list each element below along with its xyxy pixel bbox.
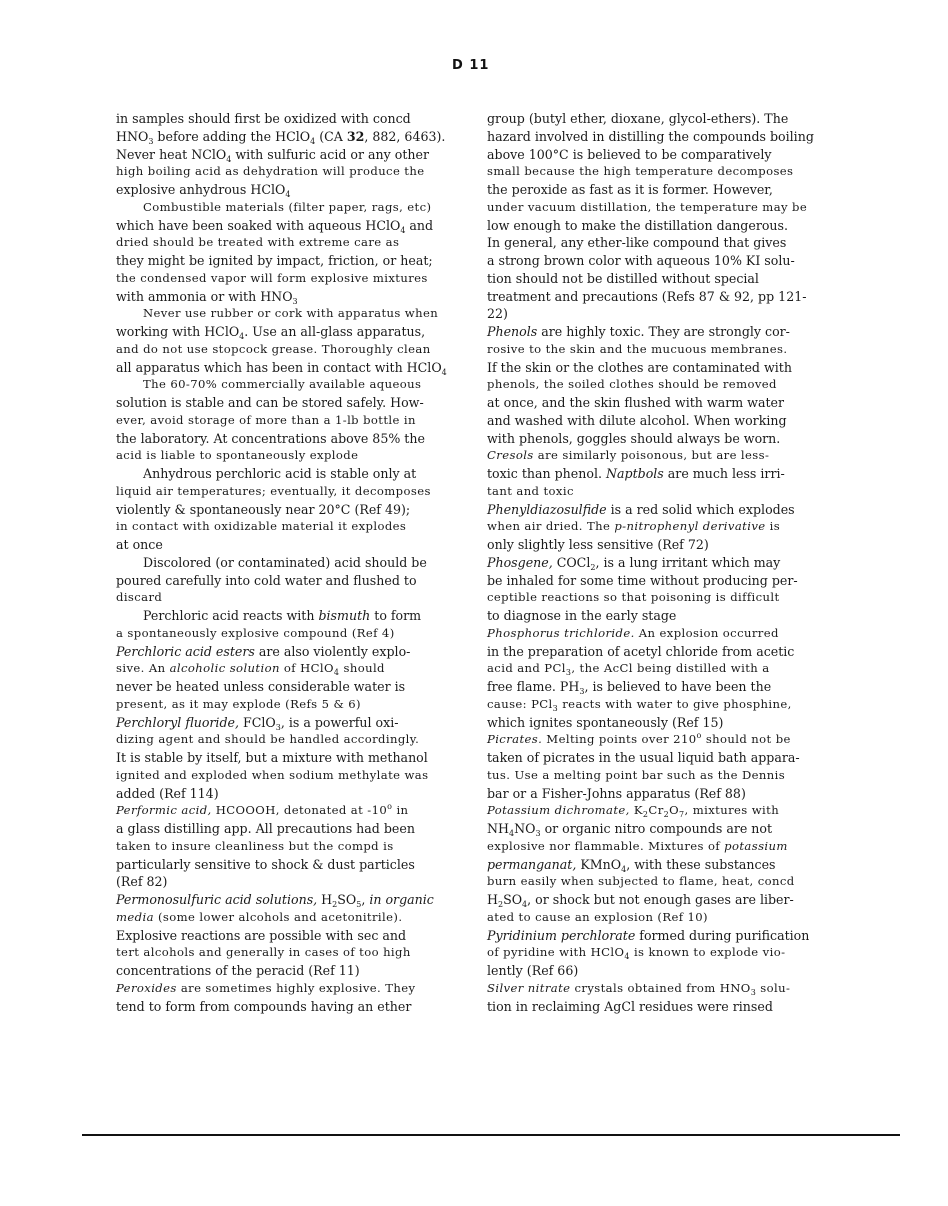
text-line: Cresols are similarly poisonous, but are…: [487, 447, 832, 465]
text-line: the condensed vapor will form explosive …: [116, 270, 466, 288]
text-line: acid is liable to spontaneously explode: [116, 447, 466, 465]
text-line: Phenyldiazosulfide is a red solid which …: [487, 501, 832, 519]
text-line: rosive to the skin and the mucuous membr…: [487, 341, 832, 359]
text-line: If the skin or the clothes are contamina…: [487, 359, 832, 377]
text-line: sive. An alcoholic solution of HClO4 sho…: [116, 660, 466, 678]
text-line: Phosgene, COCl2, is a lung irritant whic…: [487, 554, 832, 572]
text-line: group (butyl ether, dioxane, glycol-ethe…: [487, 110, 832, 128]
text-line: small because the high temperature decom…: [487, 163, 832, 181]
text-line: when air dried. The p-nitrophenyl deriva…: [487, 518, 832, 536]
text-line: the peroxide as fast as it is former. Ho…: [487, 181, 832, 199]
text-line: tant and toxic: [487, 483, 832, 501]
text-line: to diagnose in the early stage: [487, 607, 832, 625]
text-line: only slightly less sensitive (Ref 72): [487, 536, 832, 554]
text-line: explosive anhydrous HClO4: [116, 181, 466, 199]
text-line: burn easily when subjected to flame, hea…: [487, 873, 832, 891]
text-line: a glass distilling app. All precautions …: [116, 820, 466, 838]
text-line: Never use rubber or cork with apparatus …: [116, 305, 466, 323]
text-line: which ignites spontaneously (Ref 15): [487, 714, 832, 732]
text-line: tert alcohols and generally in cases of …: [116, 944, 466, 962]
text-line: hazard involved in distilling the compou…: [487, 128, 832, 146]
text-line: in the preparation of acetyl chloride fr…: [487, 643, 832, 661]
text-line: (Ref 82): [116, 873, 466, 891]
text-line: working with HClO4. Use an all-glass app…: [116, 323, 466, 341]
left-column: in samples should first be oxidized with…: [116, 110, 466, 1015]
text-line: treatment and precautions (Refs 87 & 92,…: [487, 288, 832, 306]
text-line: discard: [116, 589, 466, 607]
text-line: tend to form from compounds having an et…: [116, 998, 466, 1016]
text-line: in samples should first be oxidized with…: [116, 110, 466, 128]
text-line: Pyridinium perchlorate formed during pur…: [487, 927, 832, 945]
text-line: bar or a Fisher-Johns apparatus (Ref 88): [487, 785, 832, 803]
text-line: particularly sensitive to shock & dust p…: [116, 856, 466, 874]
text-line: low enough to make the distillation dang…: [487, 217, 832, 235]
text-line: be inhaled for some time without produci…: [487, 572, 832, 590]
text-line: concentrations of the peracid (Ref 11): [116, 962, 466, 980]
text-line: Permonosulfuric acid solutions, H2SO5, i…: [116, 891, 466, 909]
text-line: with ammonia or with HNO3: [116, 288, 466, 306]
text-line: phenols, the soiled clothes should be re…: [487, 376, 832, 394]
text-line: the laboratory. At concentrations above …: [116, 430, 466, 448]
text-line: solution is stable and can be stored saf…: [116, 394, 466, 412]
text-line: NH4NO3 or organic nitro compounds are no…: [487, 820, 832, 838]
text-line: present, as it may explode (Refs 5 & 6): [116, 696, 466, 714]
text-line: under vacuum distillation, the temperatu…: [487, 199, 832, 217]
text-line: Never heat NClO4 with sulfuric acid or a…: [116, 146, 466, 164]
text-line: at once, and the skin flushed with warm …: [487, 394, 832, 412]
text-line: Peroxides are sometimes highly explosive…: [116, 980, 466, 998]
text-line: H2SO4, or shock but not enough gases are…: [487, 891, 832, 909]
text-line: violently & spontaneously near 20°C (Ref…: [116, 501, 466, 519]
text-line: and do not use stopcock grease. Thorough…: [116, 341, 466, 359]
text-line: Phenols are highly toxic. They are stron…: [487, 323, 832, 341]
text-line: permanganat, KMnO4, with these substance…: [487, 856, 832, 874]
text-line: ever, avoid storage of more than a 1-lb …: [116, 412, 466, 430]
text-line: free flame. PH3, is believed to have bee…: [487, 678, 832, 696]
text-line: It is stable by itself, but a mixture wi…: [116, 749, 466, 767]
text-line: HNO3 before adding the HClO4 (CA 32, 882…: [116, 128, 466, 146]
text-line: dried should be treated with extreme car…: [116, 234, 466, 252]
text-line: Perchloric acid esters are also violentl…: [116, 643, 466, 661]
text-line: The 60-70% commercially available aqueou…: [116, 376, 466, 394]
text-line: they might be ignited by impact, frictio…: [116, 252, 466, 270]
text-line: dizing agent and should be handled accor…: [116, 731, 466, 749]
text-line: and washed with dilute alcohol. When wor…: [487, 412, 832, 430]
text-line: of pyridine with HClO4 is known to explo…: [487, 944, 832, 962]
text-line: Perchloryl fluoride, FClO3, is a powerfu…: [116, 714, 466, 732]
text-line: cause: PCl3 reacts with water to give ph…: [487, 696, 832, 714]
text-line: Potassium dichromate, K2Cr2O7, mixtures …: [487, 802, 832, 820]
text-line: a spontaneously explosive compound (Ref …: [116, 625, 466, 643]
text-line: above 100°C is believed to be comparativ…: [487, 146, 832, 164]
text-line: with phenols, goggles should always be w…: [487, 430, 832, 448]
footer-rule: [82, 1134, 900, 1136]
right-column: group (butyl ether, dioxane, glycol-ethe…: [487, 110, 832, 1015]
text-line: Picrates. Melting points over 210o shoul…: [487, 731, 832, 749]
text-line: Explosive reactions are possible with se…: [116, 927, 466, 945]
text-line: media (some lower alcohols and acetonitr…: [116, 909, 466, 927]
text-line: Perchloric acid reacts with bismuth to f…: [116, 607, 466, 625]
text-line: tus. Use a melting point bar such as the…: [487, 767, 832, 785]
text-line: ated to cause an explosion (Ref 10): [487, 909, 832, 927]
text-line: Discolored (or contaminated) acid should…: [116, 554, 466, 572]
text-line: a strong brown color with aqueous 10% KI…: [487, 252, 832, 270]
text-line: explosive nor flammable. Mixtures of pot…: [487, 838, 832, 856]
text-line: which have been soaked with aqueous HClO…: [116, 217, 466, 235]
text-line: added (Ref 114): [116, 785, 466, 803]
text-line: at once: [116, 536, 466, 554]
text-line: acid and PCl3, the AcCl being distilled …: [487, 660, 832, 678]
text-line: never be heated unless considerable wate…: [116, 678, 466, 696]
text-line: tion in reclaiming AgCl residues were ri…: [487, 998, 832, 1016]
text-line: Performic acid, HCOOOH, detonated at -10…: [116, 802, 466, 820]
text-line: Anhydrous perchloric acid is stable only…: [116, 465, 466, 483]
text-line: lently (Ref 66): [487, 962, 832, 980]
text-line: tion should not be distilled without spe…: [487, 270, 832, 288]
text-line: taken of picrates in the usual liquid ba…: [487, 749, 832, 767]
text-line: Phosphorus trichloride. An explosion occ…: [487, 625, 832, 643]
text-line: ignited and exploded when sodium methyla…: [116, 767, 466, 785]
page-header: D 11: [452, 58, 489, 73]
text-line: 22): [487, 305, 832, 323]
text-line: ceptible reactions so that poisoning is …: [487, 589, 832, 607]
text-line: poured carefully into cold water and flu…: [116, 572, 466, 590]
text-line: in contact with oxidizable material it e…: [116, 518, 466, 536]
text-line: all apparatus which has been in contact …: [116, 359, 466, 377]
text-line: toxic than phenol. Naptbols are much les…: [487, 465, 832, 483]
text-line: high boiling acid as dehydration will pr…: [116, 163, 466, 181]
text-line: Combustible materials (filter paper, rag…: [116, 199, 466, 217]
text-line: In general, any ether-like compound that…: [487, 234, 832, 252]
text-line: liquid air temperatures; eventually, it …: [116, 483, 466, 501]
text-line: Silver nitrate crystals obtained from HN…: [487, 980, 832, 998]
text-line: taken to insure cleanliness but the comp…: [116, 838, 466, 856]
